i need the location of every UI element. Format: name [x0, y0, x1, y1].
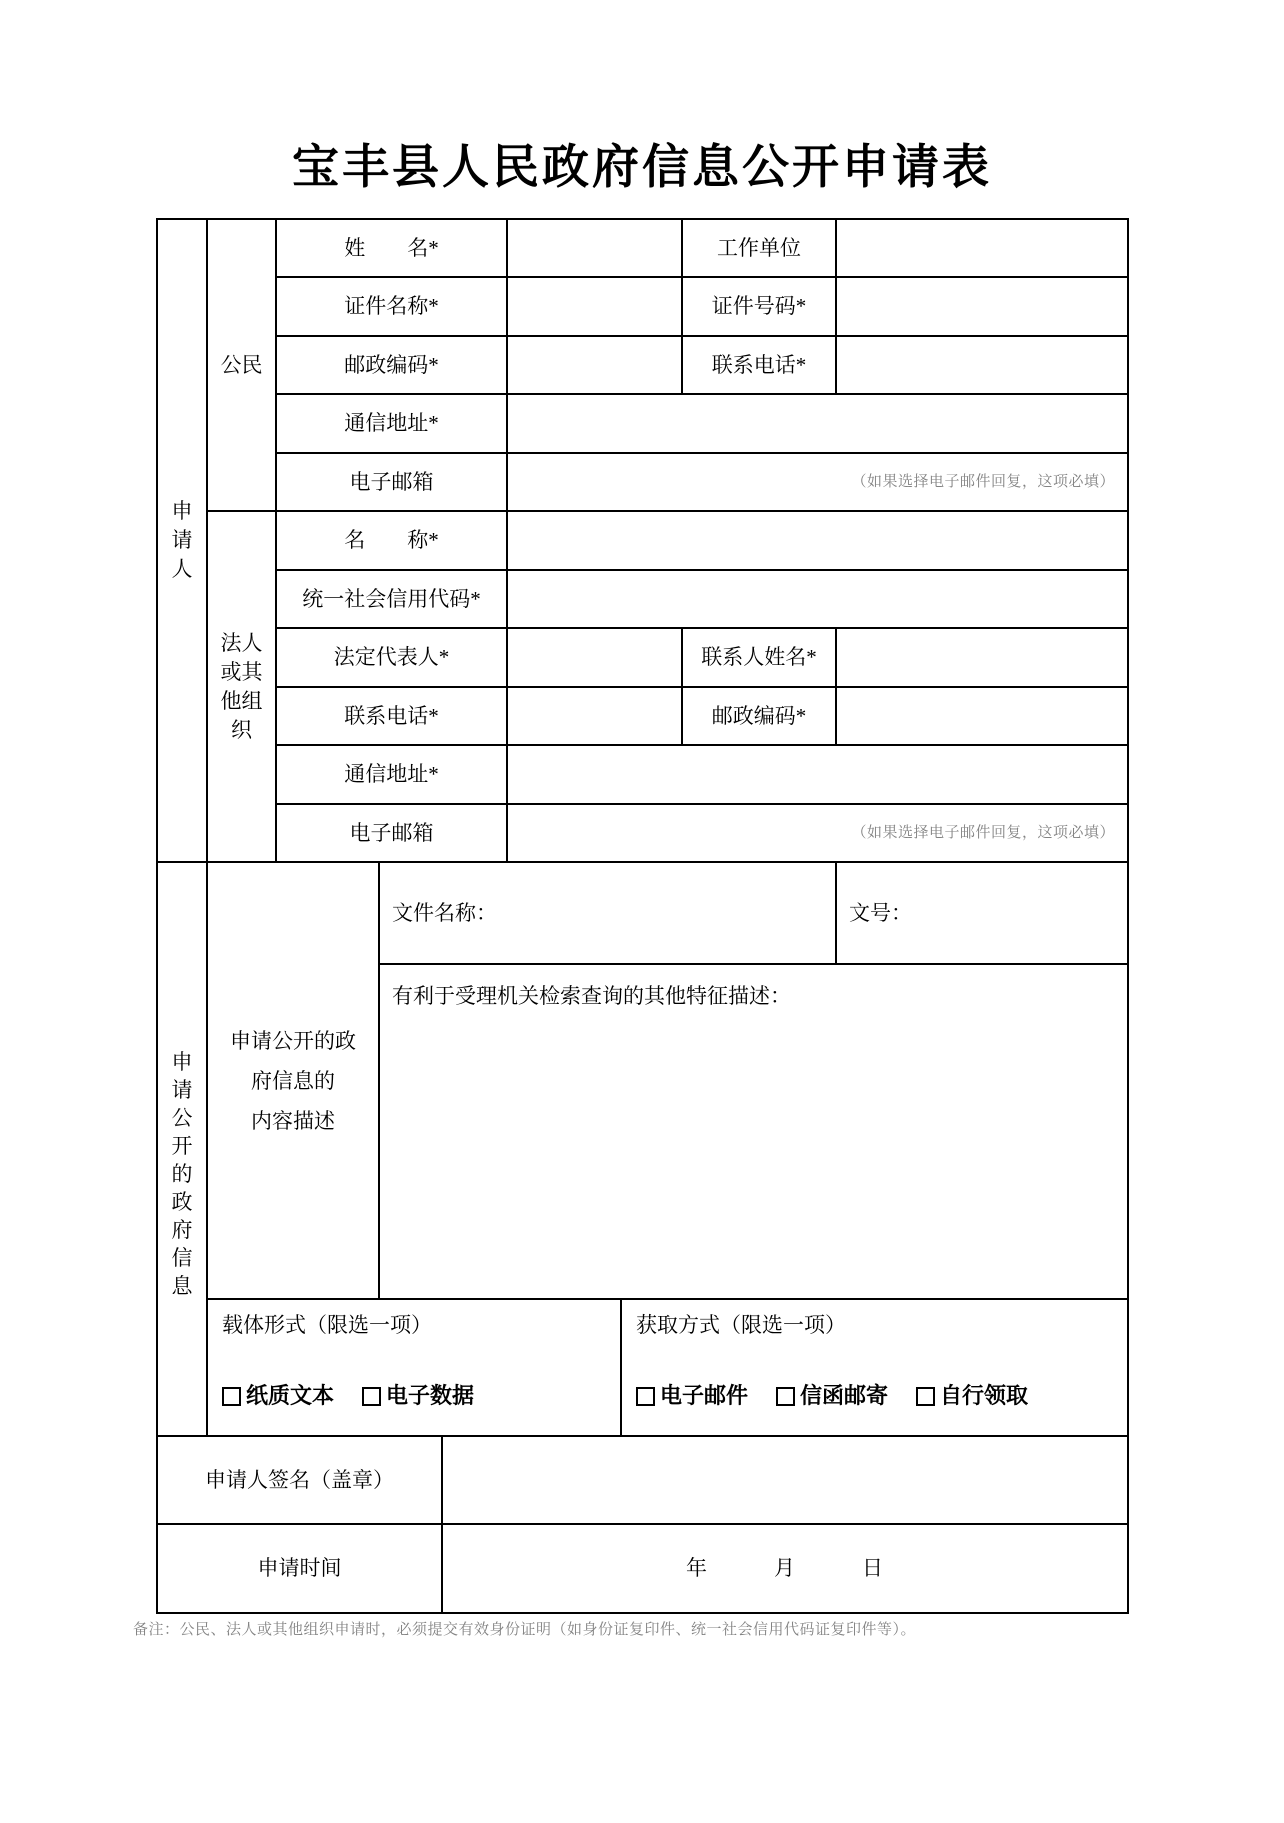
field-label-id-type: 证件名称* — [277, 278, 508, 337]
field-label-postal-code: 邮政编码* — [277, 337, 508, 395]
input-cell-contact-name[interactable] — [837, 629, 1127, 688]
feature-description-cell[interactable]: 有利于受理机关检索查询的其他特征描述： — [380, 965, 1127, 1300]
checkbox-icon — [776, 1387, 795, 1406]
field-label-legal-phone: 联系电话* — [277, 688, 508, 746]
application-form-table: 申 请 人 公民 法人或其他组织 姓 名* 工作单位 证件名称* 证件号码* 邮… — [156, 218, 1129, 1614]
input-cell-legal-address[interactable] — [508, 746, 1127, 805]
input-cell-email[interactable]: （如果选择电子邮件回复，这项必填） — [508, 454, 1127, 512]
input-cell-postal-code[interactable] — [508, 337, 683, 395]
input-cell-id-number[interactable] — [837, 278, 1127, 337]
input-cell-org-name[interactable] — [508, 512, 1127, 571]
citizen-group-label: 公民 — [208, 220, 277, 512]
option-electronic-data[interactable]: 电子数据 — [362, 1382, 474, 1410]
doc-number-label: 文号： — [849, 900, 912, 926]
option-email-delivery[interactable]: 电子邮件 — [636, 1382, 748, 1410]
carrier-options: 纸质文本 电子数据 — [222, 1382, 502, 1410]
field-label-legal-rep: 法定代表人* — [277, 629, 508, 688]
date-placeholder: 年 月 日 — [686, 1555, 884, 1581]
signature-label: 申请人签名（盖章） — [158, 1437, 443, 1525]
footer-note: 备注：公民、法人或其他组织申请时，必须提交有效身份证明（如身份证复印件、统一社会… — [133, 1618, 916, 1639]
delivery-method-cell: 获取方式（限选一项） 电子邮件 信函邮寄 自行领取 — [622, 1300, 1127, 1437]
file-name-label: 文件名称： — [392, 900, 497, 926]
file-name-cell[interactable]: 文件名称： — [380, 863, 837, 965]
input-cell-phone[interactable] — [837, 337, 1127, 395]
input-cell-credit-code[interactable] — [508, 571, 1127, 629]
carrier-form-cell: 载体形式（限选一项） 纸质文本 电子数据 — [208, 1300, 622, 1437]
checkbox-icon — [222, 1387, 241, 1406]
form-page: 宝丰县人民政府信息公开申请表 申 请 人 公民 法人或其他组织 姓 名* 工作单… — [0, 0, 1284, 1823]
field-label-address: 通信地址* — [277, 395, 508, 454]
checkbox-icon — [362, 1387, 381, 1406]
application-date-cell[interactable]: 年 月 日 — [443, 1525, 1127, 1612]
option-mail-delivery[interactable]: 信函邮寄 — [776, 1382, 888, 1410]
legal-group-label: 法人或其他组织 — [208, 512, 277, 863]
input-cell-id-type[interactable] — [508, 278, 683, 337]
request-section-label: 申 请 公 开 的 政 府 信 息 — [158, 863, 208, 1437]
checkbox-icon — [916, 1387, 935, 1406]
email-required-note: （如果选择电子邮件回复，这项必填） — [851, 824, 1115, 843]
input-cell-legal-email[interactable]: （如果选择电子邮件回复，这项必填） — [508, 805, 1127, 863]
field-label-contact-name: 联系人姓名* — [683, 629, 837, 688]
input-cell-legal-rep[interactable] — [508, 629, 683, 688]
field-label-name: 姓 名* — [277, 220, 508, 278]
delivery-method-label: 获取方式（限选一项） — [636, 1312, 846, 1338]
page-title: 宝丰县人民政府信息公开申请表 — [0, 130, 1284, 197]
application-date-label: 申请时间 — [158, 1525, 443, 1612]
input-cell-legal-postal[interactable] — [837, 688, 1127, 746]
field-label-phone: 联系电话* — [683, 337, 837, 395]
field-label-legal-email: 电子邮箱 — [277, 805, 508, 863]
email-required-note: （如果选择电子邮件回复，这项必填） — [851, 473, 1115, 492]
signature-input-cell[interactable] — [443, 1437, 1127, 1525]
input-cell-legal-phone[interactable] — [508, 688, 683, 746]
input-cell-work-unit[interactable] — [837, 220, 1127, 278]
field-label-id-number: 证件号码* — [683, 278, 837, 337]
content-description-label: 申请公开的政 府信息的 内容描述 — [208, 863, 380, 1300]
field-label-org-name: 名 称* — [277, 512, 508, 571]
input-cell-address[interactable] — [508, 395, 1127, 454]
carrier-form-label: 载体形式（限选一项） — [222, 1312, 432, 1338]
applicant-section-label: 申 请 人 — [158, 220, 208, 863]
field-label-legal-address: 通信地址* — [277, 746, 508, 805]
delivery-options: 电子邮件 信函邮寄 自行领取 — [636, 1382, 1056, 1410]
option-paper-text[interactable]: 纸质文本 — [222, 1382, 334, 1410]
input-cell-name[interactable] — [508, 220, 683, 278]
field-label-email: 电子邮箱 — [277, 454, 508, 512]
checkbox-icon — [636, 1387, 655, 1406]
option-self-pickup[interactable]: 自行领取 — [916, 1382, 1028, 1410]
field-label-legal-postal: 邮政编码* — [683, 688, 837, 746]
field-label-work-unit: 工作单位 — [683, 220, 837, 278]
feature-description-label: 有利于受理机关检索查询的其他特征描述： — [392, 983, 791, 1009]
field-label-credit-code: 统一社会信用代码* — [277, 571, 508, 629]
doc-number-cell[interactable]: 文号： — [837, 863, 1127, 965]
